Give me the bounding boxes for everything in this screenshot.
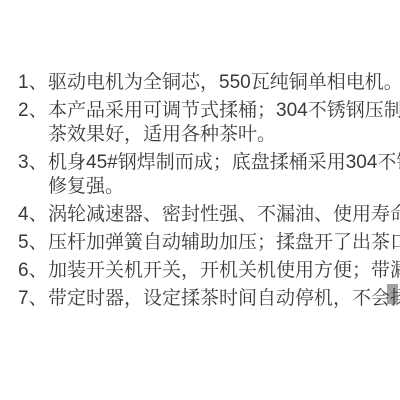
item-text-line: 机身45#钢焊制而成；底盘揉桶采用304不锈 <box>48 151 400 175</box>
item-text-line: 本产品采用可调节式揉桶；304不锈钢压制 <box>48 99 400 123</box>
item-number: 5、 <box>18 231 48 255</box>
item-text-line: 加装开关机开关，开机关机使用方便；带漏 <box>48 259 400 283</box>
item-number: 6、 <box>18 259 48 283</box>
item-text-line: 修复强。 <box>48 175 400 199</box>
list-item: 1、 驱动电机为全铜芯，550瓦纯铜单相电机。 <box>0 71 400 95</box>
list-item: 2、 本产品采用可调节式揉桶；304不锈钢压制 茶效果好，适用各种茶叶。 <box>0 99 400 147</box>
list-item: 5、 压杆加弹簧自动辅助加压；揉盘开了出茶口 <box>0 231 400 255</box>
feature-list: 1、 驱动电机为全铜芯，550瓦纯铜单相电机。 2、 本产品采用可调节式揉桶；3… <box>0 71 400 315</box>
item-number: 4、 <box>18 203 48 227</box>
item-text-line: 茶效果好，适用各种茶叶。 <box>48 123 400 147</box>
item-number: 2、 <box>18 99 48 123</box>
item-number: 1、 <box>18 71 48 95</box>
item-text-line: 压杆加弹簧自动辅助加压；揉盘开了出茶口 <box>48 231 400 255</box>
list-item: 4、 涡轮减速器、密封性强、不漏油、使用寿命 <box>0 203 400 227</box>
item-number: 7、 <box>18 287 48 311</box>
item-text-line: 涡轮减速器、密封性强、不漏油、使用寿命 <box>48 203 400 227</box>
list-item: 6、 加装开关机开关，开机关机使用方便；带漏 <box>0 259 400 283</box>
item-text-line: 带定时器，设定揉茶时间自动停机，不会揉 <box>48 287 400 311</box>
list-item: 3、 机身45#钢焊制而成；底盘揉桶采用304不锈 修复强。 <box>0 151 400 199</box>
list-item: 7、 带定时器，设定揉茶时间自动停机，不会揉 <box>0 287 400 311</box>
item-number: 3、 <box>18 151 48 175</box>
item-text-line: 驱动电机为全铜芯，550瓦纯铜单相电机。 <box>48 71 400 95</box>
